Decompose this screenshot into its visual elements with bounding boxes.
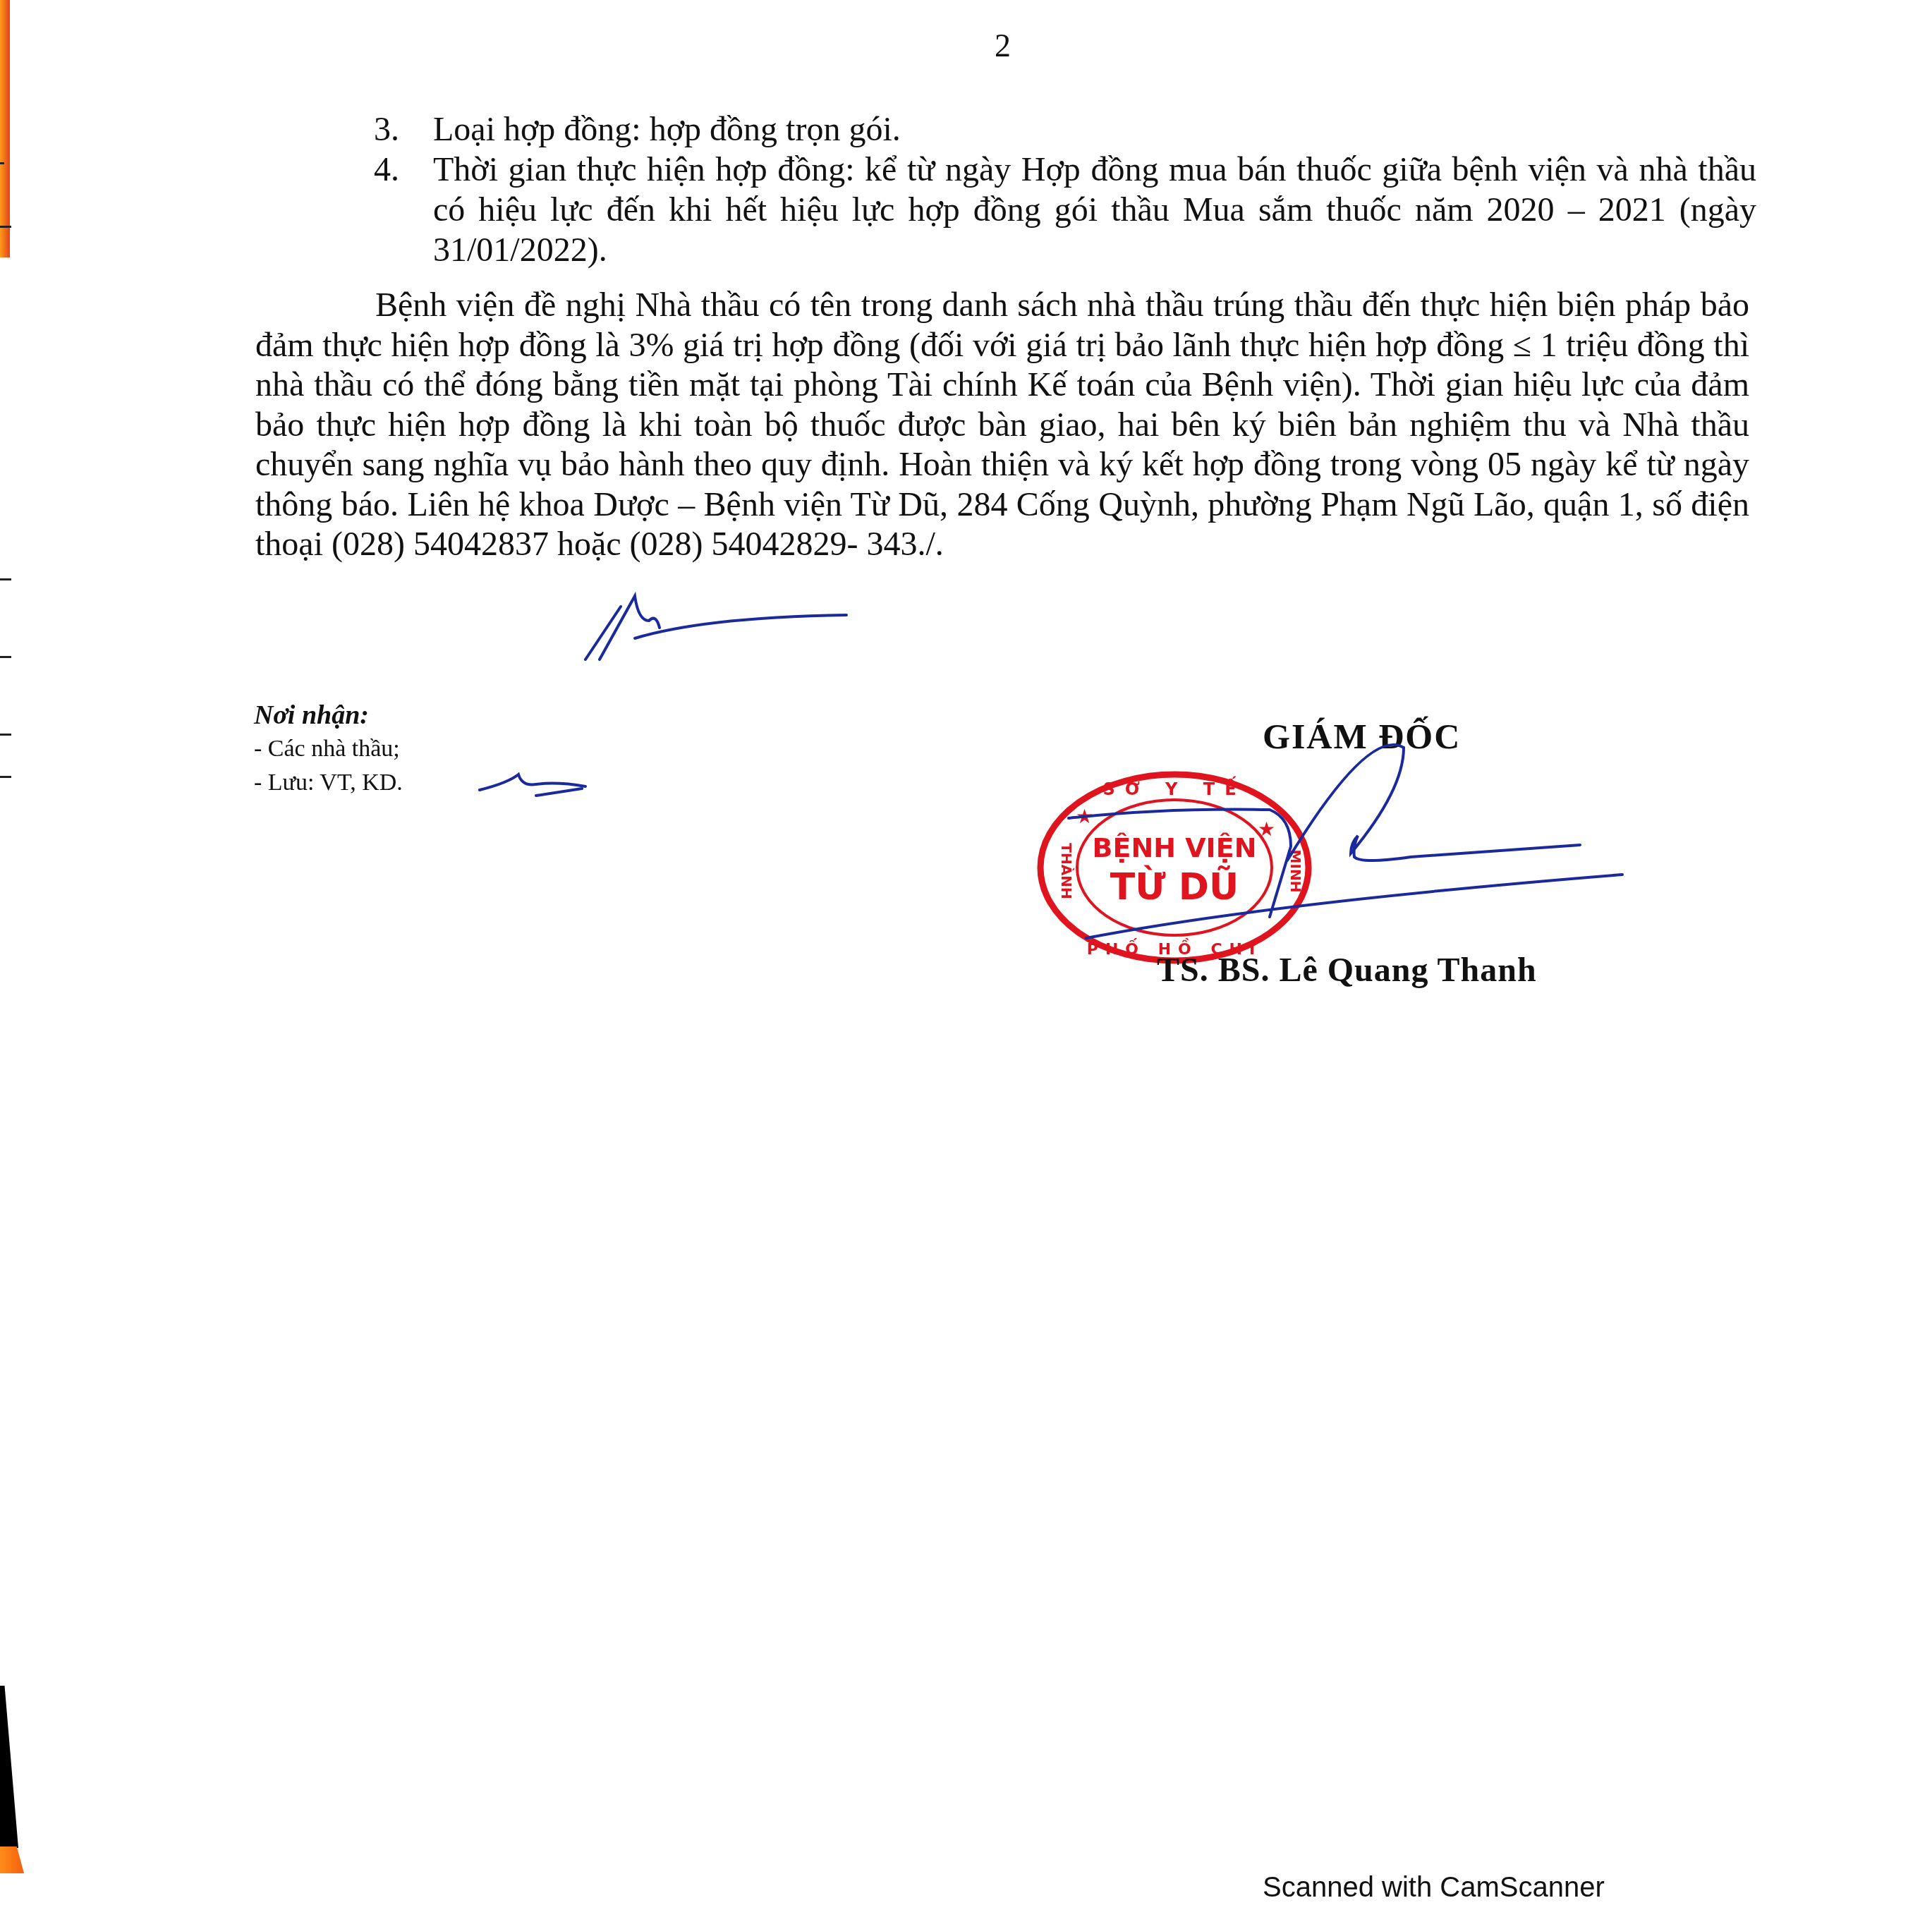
list-text: Thời gian thực hiện hợp đồng: kể từ ngày… (433, 150, 1756, 270)
list-number: 4. (374, 150, 433, 270)
recipients-block: Nơi nhận: - Các nhà thầu; - Lưu: VT, KD. (254, 698, 403, 800)
stamp-left-text: THÀNH (1058, 843, 1075, 899)
star-icon: ★ (1258, 817, 1275, 841)
initials-signature (480, 774, 585, 796)
star-icon: ★ (1076, 805, 1093, 828)
stamp-center-line2: TỪ DŨ (1110, 865, 1239, 908)
scan-edge-orange-bottom (0, 1847, 24, 1873)
scan-edge-black-bottom (0, 1686, 18, 1848)
page-number: 2 (995, 27, 1011, 64)
recipients-heading: Nơi nhận: (254, 698, 403, 732)
recipient-item: - Lưu: VT, KD. (254, 766, 403, 800)
list-text: Loại hợp đồng: hợp đồng trọn gói. (433, 109, 1756, 150)
signatory-title: GIÁM ĐỐC (1263, 716, 1461, 757)
scan-edge-orange-top (0, 0, 10, 257)
recipient-item: - Các nhà thầu; (254, 732, 403, 766)
hospital-stamp: SỞ Y TẾ BỆNH VIỆN TỪ DŨ PHỐ HỒ CHÍ THÀNH… (1033, 765, 1344, 970)
list-number: 3. (374, 109, 433, 150)
stamp-center-line1: BỆNH VIỆN (1092, 832, 1256, 863)
camscanner-watermark: Scanned with CamScanner (1263, 1872, 1605, 1904)
list-item: 3. Loại hợp đồng: hợp đồng trọn gói. (374, 109, 1756, 150)
contract-terms-list: 3. Loại hợp đồng: hợp đồng trọn gói. 4. … (374, 109, 1756, 270)
stamp-top-text: SỞ Y TẾ (1102, 776, 1246, 799)
list-item: 4. Thời gian thực hiện hợp đồng: kể từ n… (374, 150, 1756, 270)
stamp-right-text: MINH (1287, 850, 1304, 893)
body-paragraph: Bệnh viện đề nghị Nhà thầu có tên trong … (255, 286, 1749, 565)
initials-signature (585, 596, 846, 659)
signatory-name: TS. BS. Lê Quang Thanh (1157, 951, 1537, 990)
